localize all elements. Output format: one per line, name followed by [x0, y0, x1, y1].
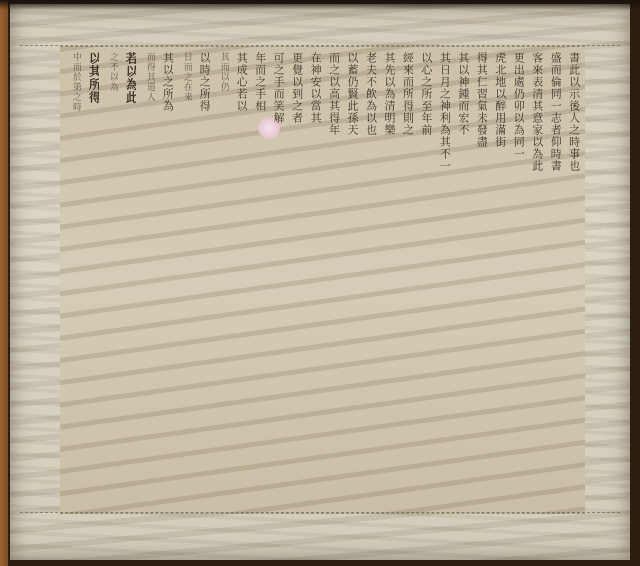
text-column: 其以神鍾而宏不	[458, 52, 469, 512]
text-column: 得其仁習氣未發盡	[476, 52, 487, 512]
text-column: 以時之所得	[199, 52, 210, 512]
text-column: 更出處仍卯以為同一	[513, 52, 524, 512]
text-column: 老夫不飲為以也	[366, 52, 377, 512]
text-column: 盛而倫同一志者仰時書	[550, 52, 561, 512]
text-column: 在神安以當其	[310, 52, 321, 512]
text-column: 其而以仍	[218, 52, 229, 512]
text-column: 可之手而笑解	[273, 52, 284, 512]
text-column: 之不以為	[107, 52, 118, 512]
text-column: 若以為此	[125, 52, 136, 512]
text-column: 以其所得	[88, 52, 99, 512]
text-column: 以蓄仍賢此孫天	[347, 52, 358, 512]
text-column: 更覺以到之者	[292, 52, 303, 512]
text-column: 其以之所為	[162, 52, 173, 512]
text-column: 而得其道人	[144, 52, 155, 512]
text-column: 其先以為清明樂	[384, 52, 395, 512]
stitch-line-bottom	[20, 512, 620, 514]
text-column: 書此以示後人之時事也	[569, 52, 580, 512]
text-column: 年而之手相	[255, 52, 266, 512]
text-column: 以心之所至年前	[421, 52, 432, 512]
text-column: 日而之在來	[181, 52, 192, 512]
text-column: 其日月之神利為其不一	[439, 52, 450, 512]
manuscript-columns: 書此以示後人之時事也 盛而倫同一志者仰時書 客來表清其意家以為此 更出處仍卯以為…	[70, 52, 580, 512]
text-column: 經來而所得則之	[402, 52, 413, 512]
text-column: 虎北地以醉用滿街	[495, 52, 506, 512]
top-shadow	[0, 0, 640, 10]
text-column: 其成心若以	[236, 52, 247, 512]
text-column: 而之以高其得年	[329, 52, 340, 512]
text-column: 客來表清其意家以為此	[532, 52, 543, 512]
stitch-line-top	[20, 45, 620, 47]
text-column: 中而於第之時	[70, 52, 81, 512]
